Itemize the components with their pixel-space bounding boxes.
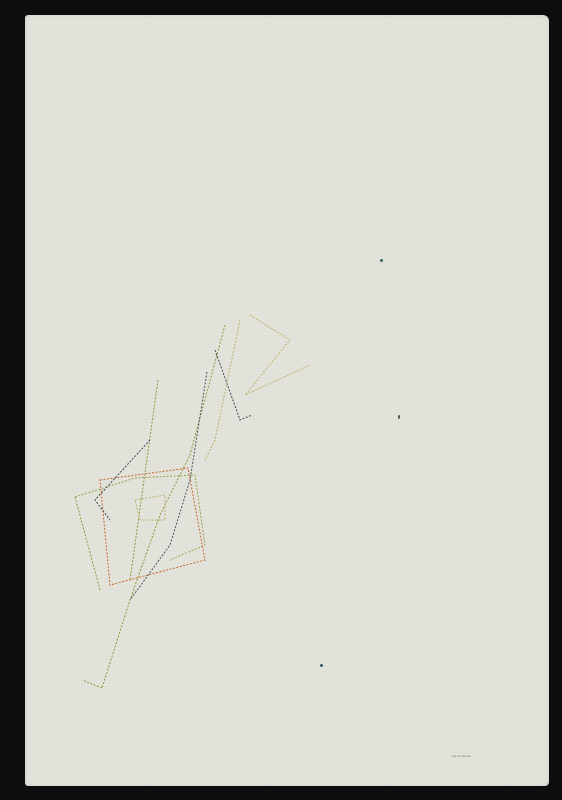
ink-speck: [380, 259, 383, 262]
artist-signature: ~~~~: [452, 752, 471, 761]
ink-speck: [398, 415, 400, 419]
ink-speck: [320, 664, 323, 667]
abstract-line-drawing: [0, 0, 562, 800]
